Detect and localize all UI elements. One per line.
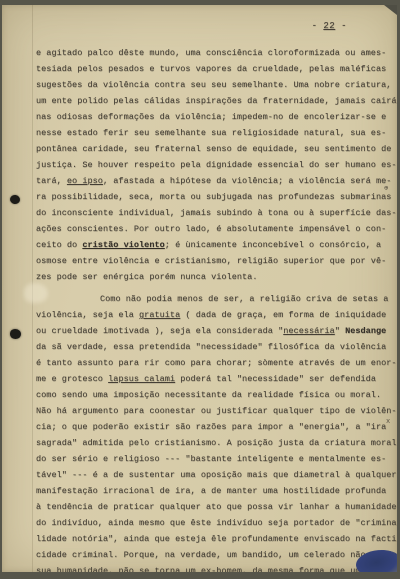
- paper-stain: [24, 283, 48, 303]
- scanned-document-page: { "theme": { "background": "#56554a", "p…: [0, 0, 400, 579]
- text-line: ceito do cristão violento; é ùnicamente …: [36, 237, 397, 253]
- text-line: ações conscientes. Por outro lado, é abs…: [36, 221, 397, 237]
- text-line: Como não podia menos de ser, a religião …: [36, 291, 397, 307]
- text-line: nesse estado ferir seu semelhante sua re…: [36, 125, 397, 141]
- binder-hole: [9, 194, 20, 204]
- text-line: sugestões da violência contra seu seu se…: [36, 77, 397, 93]
- text-line: pontânea caridade, seu fraternal senso d…: [36, 141, 397, 157]
- paragraph: e agitado palco dêste mundo, uma consciê…: [36, 45, 397, 285]
- text-line: zes pode ser enérgica porém nunca violen…: [36, 269, 397, 285]
- binder-hole: [10, 329, 21, 339]
- text-line: violência, seja ela gratuita ( dada de g…: [36, 307, 397, 323]
- text-line: é tanto assunto para rir como para chora…: [36, 355, 397, 371]
- margin-mark: x: [386, 418, 390, 426]
- paragraph: Como não podia menos de ser, a religião …: [36, 291, 397, 572]
- text-line: à tendência de praticar qualquer ato que…: [36, 499, 397, 515]
- text-line: tável" --- é a de sustentar uma oposição…: [36, 467, 397, 483]
- text-line: do inconsciente individual, jamais subin…: [36, 205, 397, 221]
- text-line: do ser sério e religioso --- "bastante i…: [36, 451, 397, 467]
- text-line: e agitado palco dêste mundo, uma consciê…: [36, 45, 397, 61]
- text-line: do indivíduo, ainda mesmo que êste indiv…: [36, 515, 397, 531]
- text-line: tesiada pelos pesados e turvos vapores d…: [36, 61, 397, 77]
- text-line: sagrada" admitida pelo cristianismo. A p…: [36, 435, 397, 451]
- page-number: 22: [323, 21, 335, 31]
- text-line: ou crueldade imotivada ), seja ela consi…: [36, 323, 397, 339]
- text-line: cidade criminal. Porque, na verdade, um …: [36, 547, 397, 563]
- corner-shadow: [379, 5, 397, 15]
- page-header-suffix: -: [335, 21, 347, 31]
- text-line: um ente polido pelas cálidas inspirações…: [36, 93, 397, 109]
- text-line: sua humanidade, não se torna um ex-homem…: [36, 563, 397, 572]
- text-line: como sendo uma imposição necessitante da…: [36, 387, 397, 403]
- text-line: da sã verdade, essa pretendida "necessid…: [36, 339, 397, 355]
- text-line: tará, eo ipso, afastada a hipótese da vi…: [36, 173, 397, 189]
- text-line: Não há argumento para coonestar ou justi…: [36, 403, 397, 419]
- page-header: - 22 -: [312, 21, 347, 31]
- text-line: osmose entre violência e cristianismo, r…: [36, 253, 397, 269]
- text-line: justiça. Se houver respeito pela dignida…: [36, 157, 397, 173]
- text-block: e agitado palco dêste mundo, uma consciê…: [36, 45, 397, 572]
- text-line: manifestação irracional de ira, a de man…: [36, 483, 397, 499]
- page-header-prefix: -: [312, 21, 324, 31]
- margin-mark: ⊕: [384, 184, 388, 193]
- paper: - 22 - e agitado palco dêste mundo, uma …: [2, 5, 397, 572]
- text-line: lidade notória", ainda que esteja êle pr…: [36, 531, 397, 547]
- text-line: me e grotesco lapsus calami poderá tal "…: [36, 371, 397, 387]
- text-line: cia; o que poderão existir são razões pa…: [36, 419, 397, 435]
- text-line: ra possibilidade, seca, morta ou subjuga…: [36, 189, 397, 205]
- text-line: nas odiosas deformações da violência; im…: [36, 109, 397, 125]
